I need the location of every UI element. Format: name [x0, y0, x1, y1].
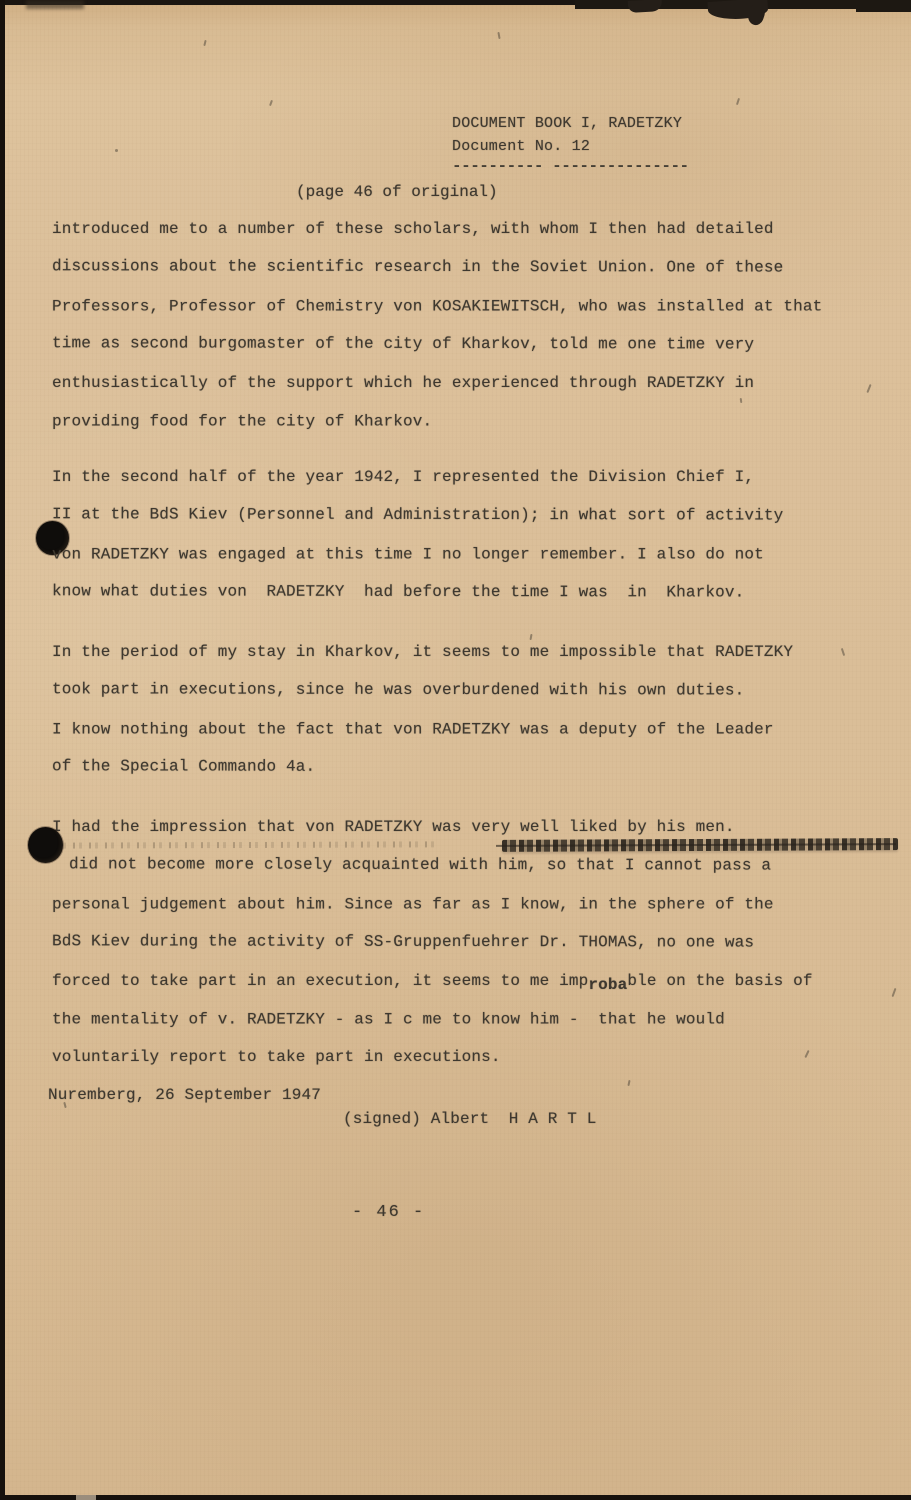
text-line: did not become more closely acquainted w…: [52, 846, 891, 886]
text-line: providing food for the city of Kharkov.: [52, 403, 891, 441]
text-line: took part in executions, since he was ov…: [52, 671, 891, 711]
ink-blob: [628, 0, 663, 13]
text-line: know what duties von RADETZKY had before…: [52, 572, 891, 612]
scan-edge-left: [0, 0, 5, 1500]
text-line: voluntarily report to take part in execu…: [52, 1038, 891, 1076]
document-number: Document No. 12: [452, 135, 689, 158]
paper-speck: [497, 32, 500, 39]
paper-speck: [203, 40, 206, 46]
paper-speck: [627, 1080, 630, 1086]
text-line: Professors, Professor of Chemistry von K…: [52, 287, 891, 325]
paper-speck: [892, 988, 897, 997]
paper-speck: [269, 100, 273, 106]
scan-edge-top-right: [856, 0, 911, 12]
scan-edge-notch: [76, 1495, 96, 1500]
text-line: personal judgement about him. Since as f…: [52, 885, 891, 923]
signature-line: (signed) Albert H A R T L: [343, 1100, 597, 1138]
scan-edge-bottom: [0, 1495, 911, 1500]
document-book-title: DOCUMENT BOOK I, RADETZKY: [452, 112, 689, 135]
struck-out-text-band: [502, 838, 898, 852]
dateline: Nuremberg, 26 September 1947: [48, 1076, 321, 1114]
text-line: In the period of my stay in Kharkov, it …: [52, 633, 891, 671]
corner-smudge: [26, 0, 84, 9]
scanned-document-page: DOCUMENT BOOK I, RADETZKY Document No. 1…: [0, 0, 911, 1500]
text-line: discussions about the scientific researc…: [52, 248, 891, 288]
text-segment: ble on the basis of: [627, 972, 812, 990]
paper-speck: [115, 149, 118, 152]
text-line: forced to take part in an execution, it …: [52, 962, 891, 1000]
text-line: introduced me to a number of these schol…: [52, 210, 891, 248]
text-line: BdS Kiev during the activity of SS-Grupp…: [52, 922, 891, 962]
text-line: von RADETZKY was engaged at this time I …: [52, 535, 891, 573]
text-line: I know nothing about the fact that von R…: [52, 710, 891, 748]
paragraph-3: In the period of my stay in Kharkov, it …: [52, 633, 891, 787]
text-line: enthusiastically of the support which he…: [52, 364, 891, 402]
text-line: time as second burgomaster of the city o…: [52, 324, 891, 364]
text-line: the mentality of v. RADETZKY - as I c me…: [52, 1001, 891, 1039]
text-segment: forced to take part in an execution, it …: [52, 972, 588, 990]
page-reference: (page 46 of original): [296, 177, 498, 207]
page-number: - 46 -: [352, 1194, 425, 1232]
paragraph-2: In the second half of the year 1942, I r…: [52, 458, 891, 612]
paper-speck: [736, 98, 740, 105]
paragraph-1: introduced me to a number of these schol…: [52, 210, 891, 440]
header-underline: ---------- ---------------: [452, 159, 689, 174]
text-line: II at the BdS Kiev (Personnel and Admini…: [52, 496, 891, 536]
document-header: DOCUMENT BOOK I, RADETZKY Document No. 1…: [452, 112, 689, 174]
hole-punch: [28, 827, 63, 863]
text-line: In the second half of the year 1942, I r…: [52, 458, 891, 496]
typewriter-slip-segment: roba: [588, 966, 627, 1004]
text-line: of the Special Commando 4a.: [52, 747, 891, 787]
